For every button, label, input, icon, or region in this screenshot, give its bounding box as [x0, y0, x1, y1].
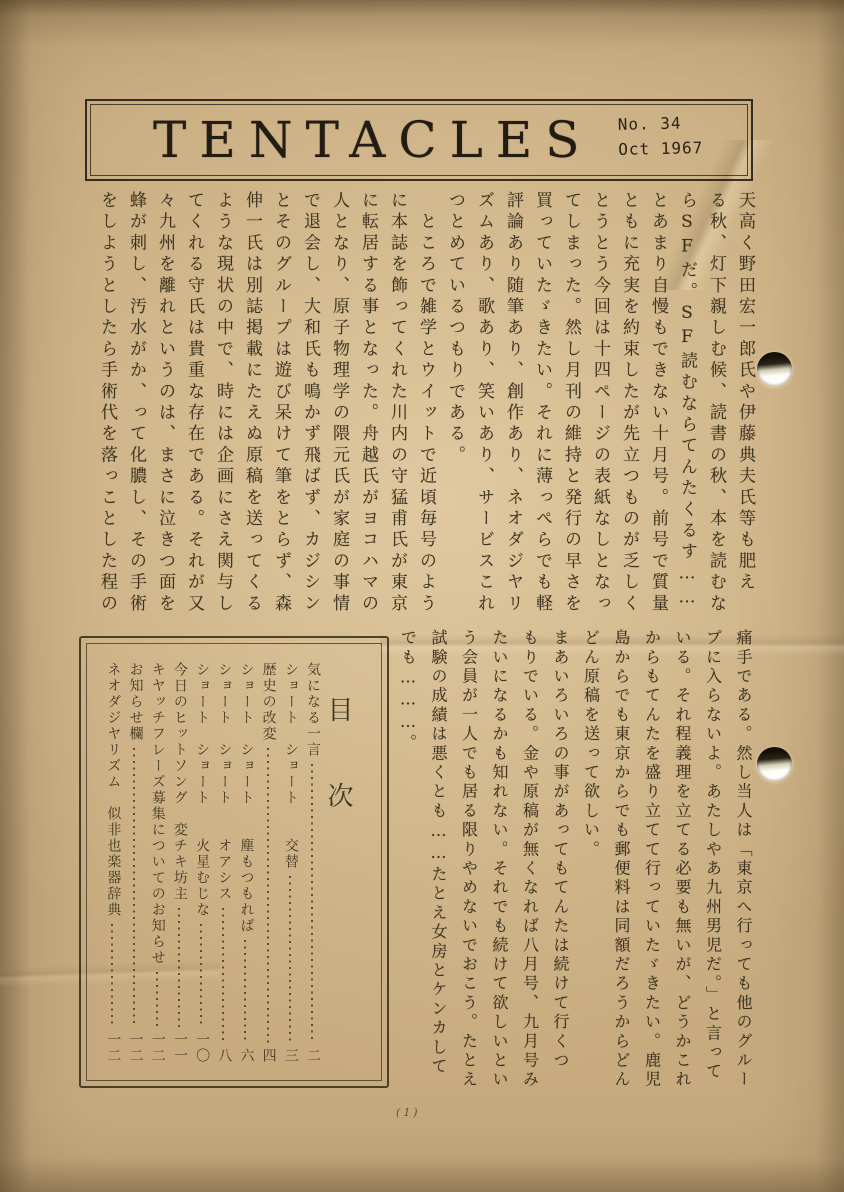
toc-list: 気になる一言二ショート ショート 交替三歴史の改変四ショート ショート 塵もつも…: [101, 662, 323, 1064]
toc-dotted-leader: [267, 748, 269, 1043]
toc-entry: お知らせ欄一二: [123, 662, 145, 1064]
toc-dotted-leader: [222, 908, 224, 1043]
toc-entry-page-number: 六: [234, 1048, 256, 1064]
toc-entry-title: 歴史の改変: [256, 662, 278, 742]
toc-entry: ショート ショート オアシス八: [212, 662, 234, 1064]
toc-entry-title: ショート ショート 交替: [279, 662, 301, 870]
toc-dotted-leader: [289, 876, 291, 1043]
toc-entry-title: 今日のヒットソング 変チキ坊主: [168, 662, 190, 902]
toc-dotted-leader: [200, 924, 202, 1027]
toc-entry-page-number: 三: [279, 1048, 301, 1064]
table-of-contents-box: 目次 気になる一言二ショート ショート 交替三歴史の改変四ショート ショート 塵…: [79, 636, 389, 1088]
toc-dotted-leader: [244, 940, 246, 1043]
fanzine-page: TENTACLES No. 34 Oct 1967 天高く野田宏一郎氏や伊藤典夫…: [0, 0, 844, 1192]
toc-entry-page-number: 一一: [168, 1032, 190, 1064]
toc-entry: 気になる一言二: [301, 662, 323, 1064]
toc-entry-title: ショート ショート 火星むじな: [190, 662, 212, 918]
toc-dotted-leader: [311, 764, 313, 1043]
toc-entry-title: キヤッチフレーズ募集についてのお知らせ: [146, 662, 168, 966]
editorial-text-top: 天高く野田宏一郎氏や伊藤典夫氏等も肥え る秋、灯下親しむ候、読書の秋、本を読むな…: [85, 191, 759, 627]
toc-entry-title: ショート ショート 塵もつもれば: [234, 662, 256, 934]
toc-entry-title: お知らせ欄: [123, 662, 145, 742]
toc-heading: 目次: [320, 696, 357, 868]
toc-dotted-leader: [111, 924, 113, 1027]
toc-entry-page-number: 二: [301, 1048, 323, 1064]
toc-entry-title: 気になる一言: [301, 662, 323, 758]
zine-title: TENTACLES: [153, 111, 593, 169]
punch-hole-top: [757, 352, 792, 386]
toc-entry: キヤッチフレーズ募集についてのお知らせ一二: [146, 662, 168, 1064]
issue-info: No. 34 Oct 1967: [617, 110, 703, 162]
toc-entry-page-number: 八: [212, 1048, 234, 1064]
toc-entry-title: ショート ショート オアシス: [212, 662, 234, 902]
toc-entry: ショート ショート 塵もつもれば六: [234, 662, 256, 1064]
toc-entry: ショート ショート 交替三: [279, 662, 301, 1064]
punch-hole-bottom: [757, 747, 792, 781]
toc-entry-page-number: 一二: [123, 1032, 145, 1064]
toc-entry-page-number: 四: [256, 1048, 278, 1064]
page-number: (1): [395, 1106, 422, 1119]
toc-entry-page-number: 一〇: [190, 1032, 212, 1064]
masthead-box: TENTACLES No. 34 Oct 1967: [85, 99, 753, 181]
toc-entry: ショート ショート 火星むじな一〇: [190, 662, 212, 1064]
toc-entry-title: ネオダジヤリズム 似非也楽器辞典: [101, 662, 123, 918]
toc-dotted-leader: [156, 972, 158, 1027]
toc-entry: ネオダジヤリズム 似非也楽器辞典一二: [101, 662, 123, 1064]
toc-entry-page-number: 一二: [146, 1032, 168, 1064]
editorial-text-bottom: 痛手である。然し当人は「東京へ行っても他のグルー プに入らないよ。あたしやあ九州…: [390, 629, 758, 1099]
toc-entry: 今日のヒットソング 変チキ坊主一一: [168, 662, 190, 1064]
issue-number: No. 34: [617, 110, 703, 137]
issue-date: Oct 1967: [618, 135, 704, 162]
toc-dotted-leader: [133, 748, 135, 1027]
toc-entry-page-number: 一二: [101, 1032, 123, 1064]
toc-dotted-leader: [178, 908, 180, 1027]
toc-entry: 歴史の改変四: [256, 662, 278, 1064]
